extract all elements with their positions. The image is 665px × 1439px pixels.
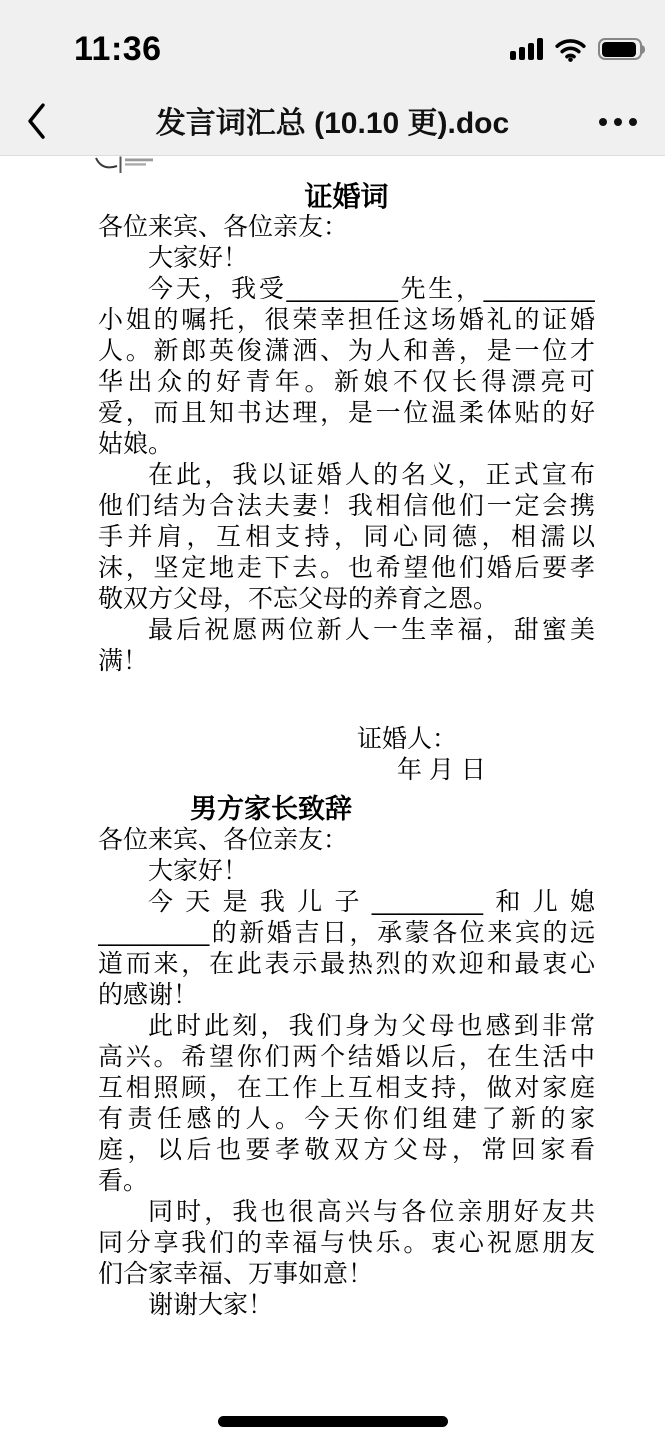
doc-line: 敬双方父母，不忘父母的养育之恩。 xyxy=(98,584,595,615)
doc-line: 的感谢！ xyxy=(98,980,595,1011)
top-chrome: 11:36 xyxy=(0,0,665,156)
doc-line: 高兴。希望你们两个结婚以后，在生活中 xyxy=(98,1042,595,1073)
letterhead-logo-fragment xyxy=(95,156,595,174)
signature-signer: 证婚人： xyxy=(98,724,595,755)
back-button[interactable] xyxy=(22,99,50,143)
doc-line: 各位来宾、各位亲友： xyxy=(98,825,595,856)
status-bar: 11:36 xyxy=(0,0,665,88)
status-time: 11:36 xyxy=(74,30,162,69)
doc-line: 今天是我儿子________和儿媳 xyxy=(98,887,595,918)
doc-line: 小姐的嘱托，很荣幸担任这场婚礼的证婚 xyxy=(98,305,595,336)
nav-bar: 发言词汇总 (10.10 更).doc xyxy=(0,88,665,155)
doc-line: 最后祝愿两位新人一生幸福，甜蜜美 xyxy=(98,615,595,646)
wifi-icon xyxy=(554,37,587,62)
document-page[interactable]: 证婚词各位来宾、各位亲友：大家好！今天，我受________先生，_______… xyxy=(0,156,665,1439)
signature-block: 证婚人：年 月 日 xyxy=(98,724,595,786)
doc-line: 手并肩，互相支持，同心同德，相濡以 xyxy=(98,522,595,553)
doc-line: ________的新婚吉日，承蒙各位来宾的远 xyxy=(98,918,595,949)
doc-line: 们合家幸福、万事如意！ xyxy=(98,1259,595,1290)
signature-date: 年 月 日 xyxy=(98,755,595,786)
doc-line: 他们结为合法夫妻！我相信他们一定会携 xyxy=(98,491,595,522)
doc-line: 有责任感的人。今天你们组建了新的家 xyxy=(98,1104,595,1135)
doc-line: 道而来，在此表示最热烈的欢迎和最衷心 xyxy=(98,949,595,980)
doc-line: 同分享我们的幸福与快乐。衷心祝愿朋友 xyxy=(98,1228,595,1259)
cellular-signal-icon xyxy=(510,38,543,60)
doc-line: 各位来宾、各位亲友： xyxy=(98,212,595,243)
doc-line: 爱，而且知书达理，是一位温柔体贴的好 xyxy=(98,398,595,429)
doc-line: 人。新郎英俊潇洒、为人和善，是一位才 xyxy=(98,336,595,367)
section-heading: 男方家长致辞 xyxy=(190,794,595,825)
doc-line: 互相照顾，在工作上互相支持，做对家庭 xyxy=(98,1073,595,1104)
doc-line: 谢谢大家！ xyxy=(98,1290,595,1321)
doc-line: 同时，我也很高兴与各位亲朋好友共 xyxy=(98,1197,595,1228)
more-button[interactable] xyxy=(595,114,641,130)
doc-line: 庭，以后也要孝敬双方父母，常回家看 xyxy=(98,1135,595,1166)
doc-line: 华出众的好青年。新娘不仅长得漂亮可 xyxy=(98,367,595,398)
status-icons xyxy=(510,37,650,62)
doc-line: 满！ xyxy=(98,646,595,677)
battery-icon xyxy=(598,38,644,60)
home-indicator[interactable] xyxy=(218,1416,448,1427)
section-heading: 证婚词 xyxy=(98,181,595,212)
doc-line: 今天，我受________先生，________ xyxy=(98,274,595,305)
doc-line: 在此，我以证婚人的名义，正式宣布 xyxy=(98,460,595,491)
document-title: 发言词汇总 (10.10 更).doc xyxy=(156,98,509,142)
doc-line: 大家好！ xyxy=(98,856,595,887)
document-body: 证婚词各位来宾、各位亲友：大家好！今天，我受________先生，_______… xyxy=(0,156,665,1321)
doc-line: 看。 xyxy=(98,1166,595,1197)
doc-line: 姑娘。 xyxy=(98,429,595,460)
doc-line: 大家好！ xyxy=(98,243,595,274)
chevron-left-icon xyxy=(24,101,48,141)
ellipsis-icon xyxy=(599,118,607,126)
doc-line: 此时此刻，我们身为父母也感到非常 xyxy=(98,1011,595,1042)
doc-line: 沫，坚定地走下去。也希望他们婚后要孝 xyxy=(98,553,595,584)
